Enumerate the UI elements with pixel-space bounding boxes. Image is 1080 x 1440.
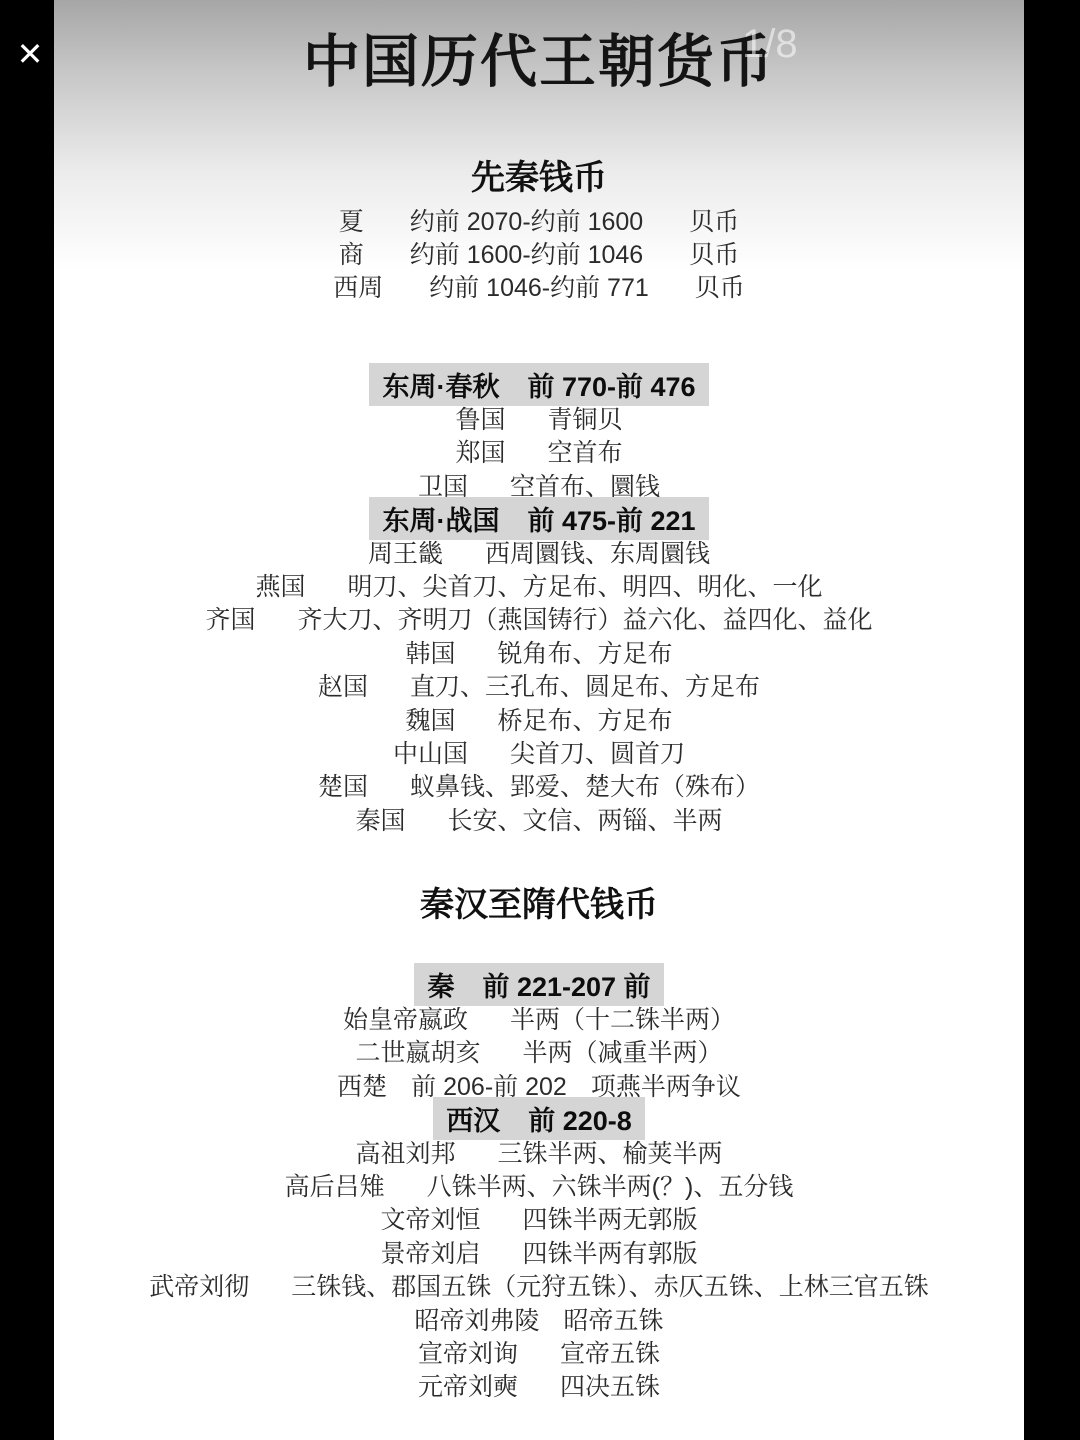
table-row: 中山国 尖首刀、圆首刀 [54, 735, 1024, 768]
state-name: 鲁国 [455, 400, 505, 436]
state-name: 赵国 [318, 667, 368, 703]
state-name: 韩国 [405, 634, 455, 670]
table-row: 高祖刘邦 三铢半两、榆荚半两 [54, 1135, 1024, 1168]
table-row: 周王畿 西周圜钱、东周圜钱 [54, 535, 1024, 568]
table-row: 宣帝刘询 宣帝五铢 [54, 1335, 1024, 1368]
table-row: 秦国 长安、文信、两锱、半两 [54, 802, 1024, 835]
close-button[interactable]: ✕ [8, 32, 52, 76]
dynasty-period: 约前 1046-约前 771 [429, 268, 649, 304]
dynasty-name: 西周 [333, 268, 383, 304]
era-period: 前 770-前 476 [527, 365, 695, 404]
era-title: 东周·春秋 [382, 365, 499, 404]
table-row: 魏国 桥足布、方足布 [54, 702, 1024, 735]
close-icon: ✕ [17, 38, 44, 70]
ruler-currency: 宣帝五铢 [560, 1334, 660, 1370]
ruler-currency: 半两（十二铢半两） [510, 1000, 735, 1036]
table-row: 二世嬴胡亥 半两（减重半两） [54, 1035, 1024, 1068]
state-currency: 直刀、三孔布、圆足布、方足布 [410, 667, 760, 703]
state-currency: 空首布 [548, 433, 623, 469]
table-row: 齐国 齐大刀、齐明刀（燕国铸行）益六化、益四化、益化 [54, 602, 1024, 635]
state-name: 周王畿 [368, 534, 443, 570]
ruler-name: 西楚 [337, 1067, 387, 1103]
ruler-name: 武帝刘彻 [149, 1267, 249, 1303]
table-row: 郑国 空首布 [54, 435, 1024, 468]
ruler-currency: 四铢半两无郭版 [523, 1200, 698, 1236]
state-name: 燕国 [255, 567, 305, 603]
table-row: 楚国 蚁鼻钱、郢爱、楚大布（殊布） [54, 769, 1024, 802]
table-row: 武帝刘彻 三铢钱、郡国五铢（元狩五铢）、赤仄五铢、上林三官五铢 [54, 1269, 1024, 1302]
table-row: 元帝刘奭 四决五铢 [54, 1369, 1024, 1402]
state-currency: 青铜贝 [548, 400, 623, 436]
page-indicator: 1/8 [742, 22, 798, 67]
dynasty-name: 夏 [339, 202, 364, 238]
era-period: 前 221-207 前 [482, 965, 650, 1004]
state-name: 楚国 [318, 767, 368, 803]
ruler-name: 景帝刘启 [380, 1234, 480, 1270]
state-name: 郑国 [455, 433, 505, 469]
image-viewer: 中国历代王朝货币 1/8 先秦钱币 夏 约前 2070-约前 1600 贝币 商… [0, 0, 1080, 1440]
ruler-currency: 四决五铢 [560, 1367, 660, 1403]
state-currency: 长安、文信、两锱、半两 [448, 801, 723, 837]
qin-han-list: 秦 前 221-207 前 始皇帝嬴政 半两（十二铢半两） 二世嬴胡亥 半两（减… [54, 968, 1024, 1402]
ruler-name: 元帝刘奭 [418, 1367, 518, 1403]
ruler-name: 昭帝刘弗陵 [414, 1301, 539, 1337]
eastern-zhou-list: 东周·春秋 前 770-前 476 鲁国 青铜贝 郑国 空首布 卫国 空首布、圜… [54, 368, 1024, 835]
ruler-currency: 半两（减重半两） [523, 1033, 723, 1069]
state-currency: 桥足布、方足布 [498, 701, 673, 737]
state-currency: 明刀、尖首刀、方足布、明四、明化、一化 [348, 567, 823, 603]
era-header-row: 西汉 前 220-8 [54, 1102, 1024, 1135]
era-header-row: 东周·春秋 前 770-前 476 [54, 368, 1024, 401]
table-row: 西周 约前 1046-约前 771 贝币 [54, 270, 1024, 303]
section-heading-preqin: 先秦钱币 [54, 150, 1024, 199]
ruler-currency: 四铢半两有郭版 [523, 1234, 698, 1270]
table-row: 夏 约前 2070-约前 1600 贝币 [54, 203, 1024, 236]
era-title: 西汉 [446, 1099, 500, 1138]
dynasty-name: 商 [339, 235, 364, 271]
table-row: 赵国 直刀、三孔布、圆足布、方足布 [54, 669, 1024, 702]
page-title: 中国历代王朝货币 [54, 16, 1024, 98]
ruler-currency: 昭帝五铢 [564, 1301, 664, 1337]
state-name: 魏国 [405, 701, 455, 737]
table-row: 高后吕雉 八铢半两、六铢半两(？)、五分钱 [54, 1168, 1024, 1201]
ruler-name: 文帝刘恒 [380, 1200, 480, 1236]
table-row: 昭帝刘弗陵 昭帝五铢 [54, 1302, 1024, 1335]
dynasty-period: 约前 2070-约前 1600 [410, 202, 643, 238]
table-row: 燕国 明刀、尖首刀、方足布、明四、明化、一化 [54, 568, 1024, 601]
state-name: 秦国 [355, 801, 405, 837]
state-name: 中山国 [393, 734, 468, 770]
dynasty-period: 约前 1600-约前 1046 [410, 235, 643, 271]
table-row: 商 约前 1600-约前 1046 贝币 [54, 236, 1024, 269]
document-page: 中国历代王朝货币 1/8 先秦钱币 夏 约前 2070-约前 1600 贝币 商… [54, 0, 1024, 1440]
era-header-row: 东周·战国 前 475-前 221 [54, 502, 1024, 535]
ruler-currency: 三铢钱、郡国五铢（元狩五铢）、赤仄五铢、上林三官五铢 [291, 1267, 929, 1303]
section-heading-qin-to-sui: 秦汉至隋代钱币 [54, 877, 1024, 926]
table-row: 景帝刘启 四铢半两有郭版 [54, 1235, 1024, 1268]
state-currency: 齐大刀、齐明刀（燕国铸行）益六化、益四化、益化 [298, 600, 873, 636]
state-currency: 蚁鼻钱、郢爱、楚大布（殊布） [410, 767, 760, 803]
ruler-name: 始皇帝嬴政 [343, 1000, 468, 1036]
ruler-currency: 八铢半两、六铢半两(？)、五分钱 [427, 1167, 794, 1203]
era-period: 前 220-8 [528, 1099, 632, 1138]
ruler-currency: 三铢半两、榆荚半两 [498, 1134, 723, 1170]
table-row: 始皇帝嬴政 半两（十二铢半两） [54, 1001, 1024, 1034]
state-currency: 尖首刀、圆首刀 [510, 734, 685, 770]
ruler-name: 宣帝刘询 [418, 1334, 518, 1370]
state-currency: 锐角布、方足布 [498, 634, 673, 670]
dynasty-currency: 贝币 [689, 235, 739, 271]
preqin-dynasty-list: 夏 约前 2070-约前 1600 贝币 商 约前 1600-约前 1046 贝… [54, 203, 1024, 303]
ruler-name: 高祖刘邦 [355, 1134, 455, 1170]
table-row: 鲁国 青铜贝 [54, 401, 1024, 434]
table-row: 文帝刘恒 四铢半两无郭版 [54, 1202, 1024, 1235]
era-period: 前 475-前 221 [527, 499, 695, 538]
table-row: 韩国 锐角布、方足布 [54, 635, 1024, 668]
ruler-name: 二世嬴胡亥 [355, 1033, 480, 1069]
era-title: 东周·战国 [382, 499, 499, 538]
state-currency: 西周圜钱、东周圜钱 [485, 534, 710, 570]
state-name: 齐国 [205, 600, 255, 636]
dynasty-currency: 贝币 [689, 202, 739, 238]
dynasty-currency: 贝币 [695, 268, 745, 304]
ruler-name: 高后吕雉 [285, 1167, 385, 1203]
era-title: 秦 [427, 965, 454, 1004]
era-header-spring-autumn: 东周·春秋 前 770-前 476 [369, 363, 708, 406]
era-header-row: 秦 前 221-207 前 [54, 968, 1024, 1001]
